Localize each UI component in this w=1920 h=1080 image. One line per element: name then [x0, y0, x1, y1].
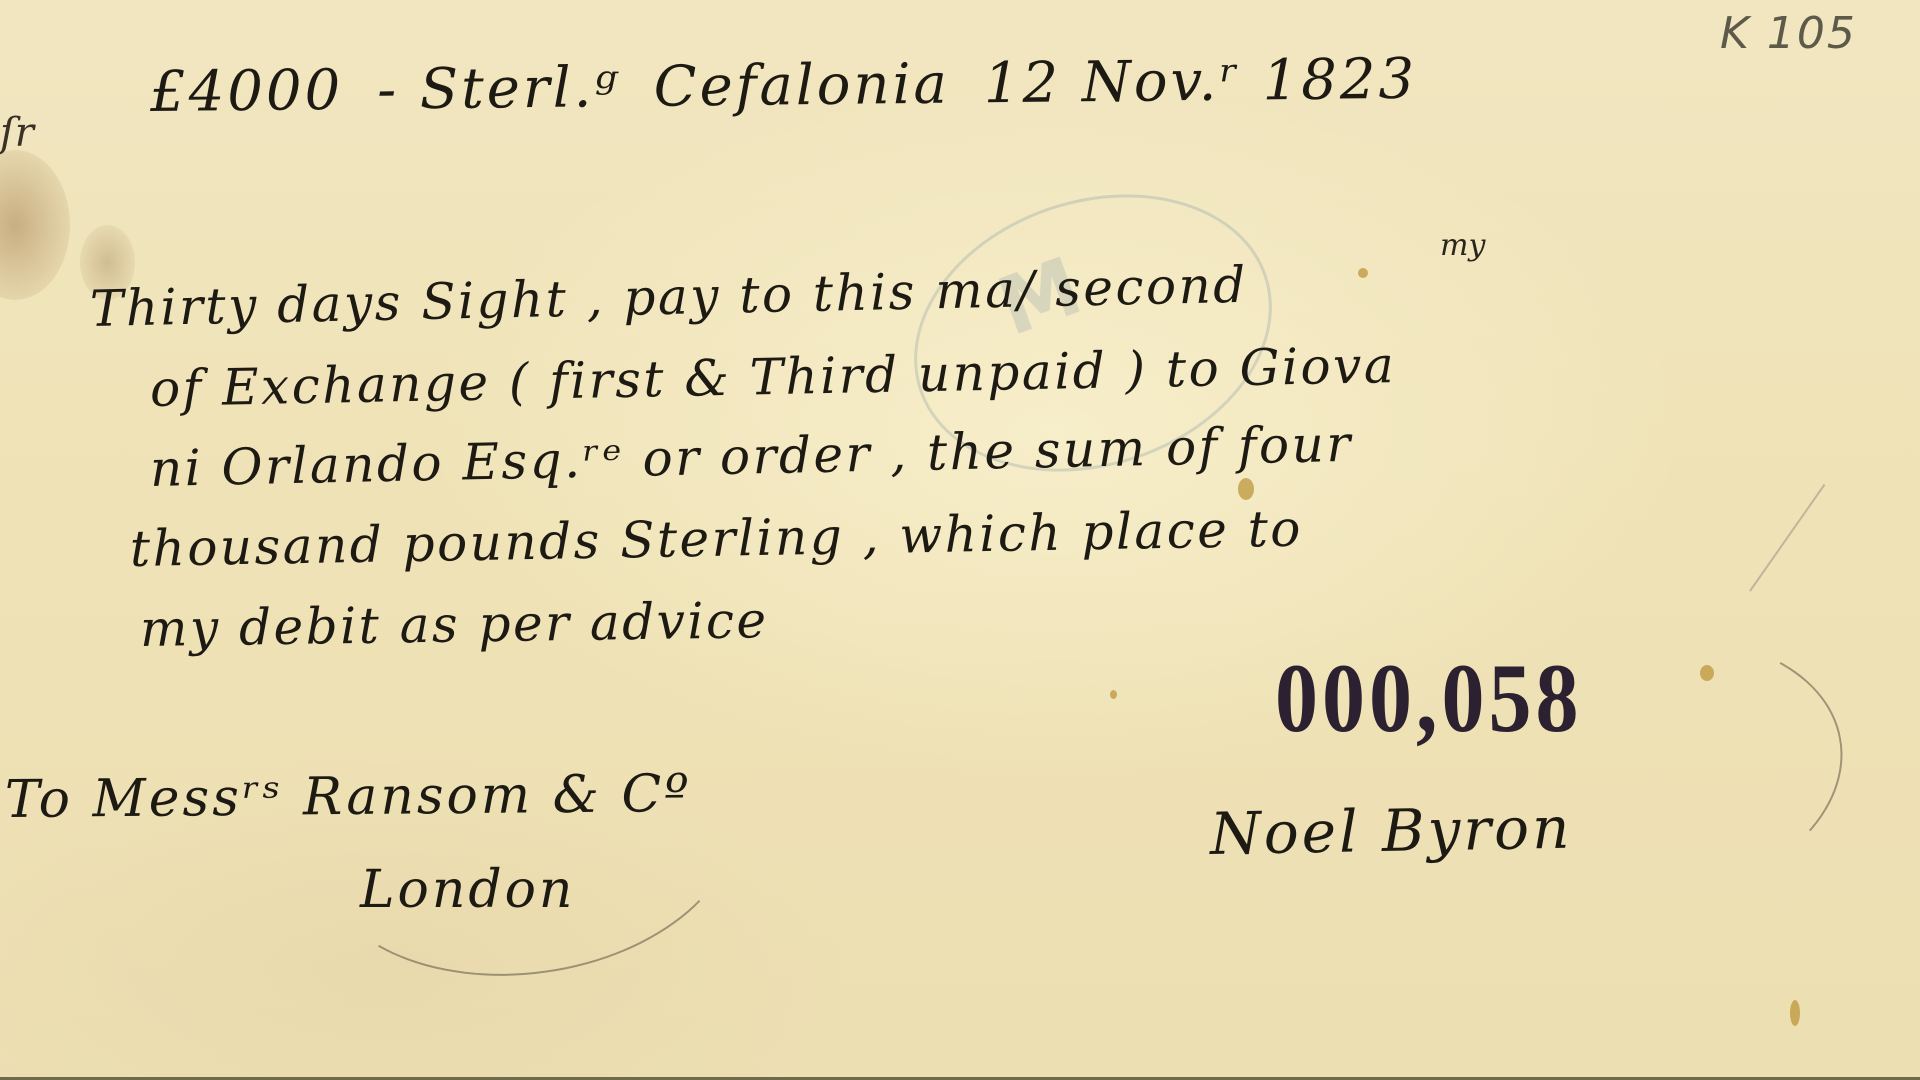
place: Cefalonia	[653, 52, 950, 120]
amount: £4000	[150, 58, 344, 125]
foxing-spot	[1110, 690, 1117, 699]
reference-mark: K 105	[1720, 8, 1857, 59]
body-line-5: my debit as per advice	[140, 591, 769, 658]
date: 12 Nov.ʳ 1823	[983, 47, 1417, 117]
interlinear-insertion: my	[1440, 228, 1485, 263]
margin-fragment: ſr	[0, 110, 34, 156]
foxing-spot	[1790, 1000, 1800, 1026]
currency-note: - Sterl.ᵍ	[377, 55, 620, 123]
foxing-spot	[1238, 478, 1254, 500]
document-header: £4000- Sterl.ᵍCefalonia12 Nov.ʳ 1823	[150, 46, 1452, 125]
foxing-spot	[1358, 268, 1368, 278]
